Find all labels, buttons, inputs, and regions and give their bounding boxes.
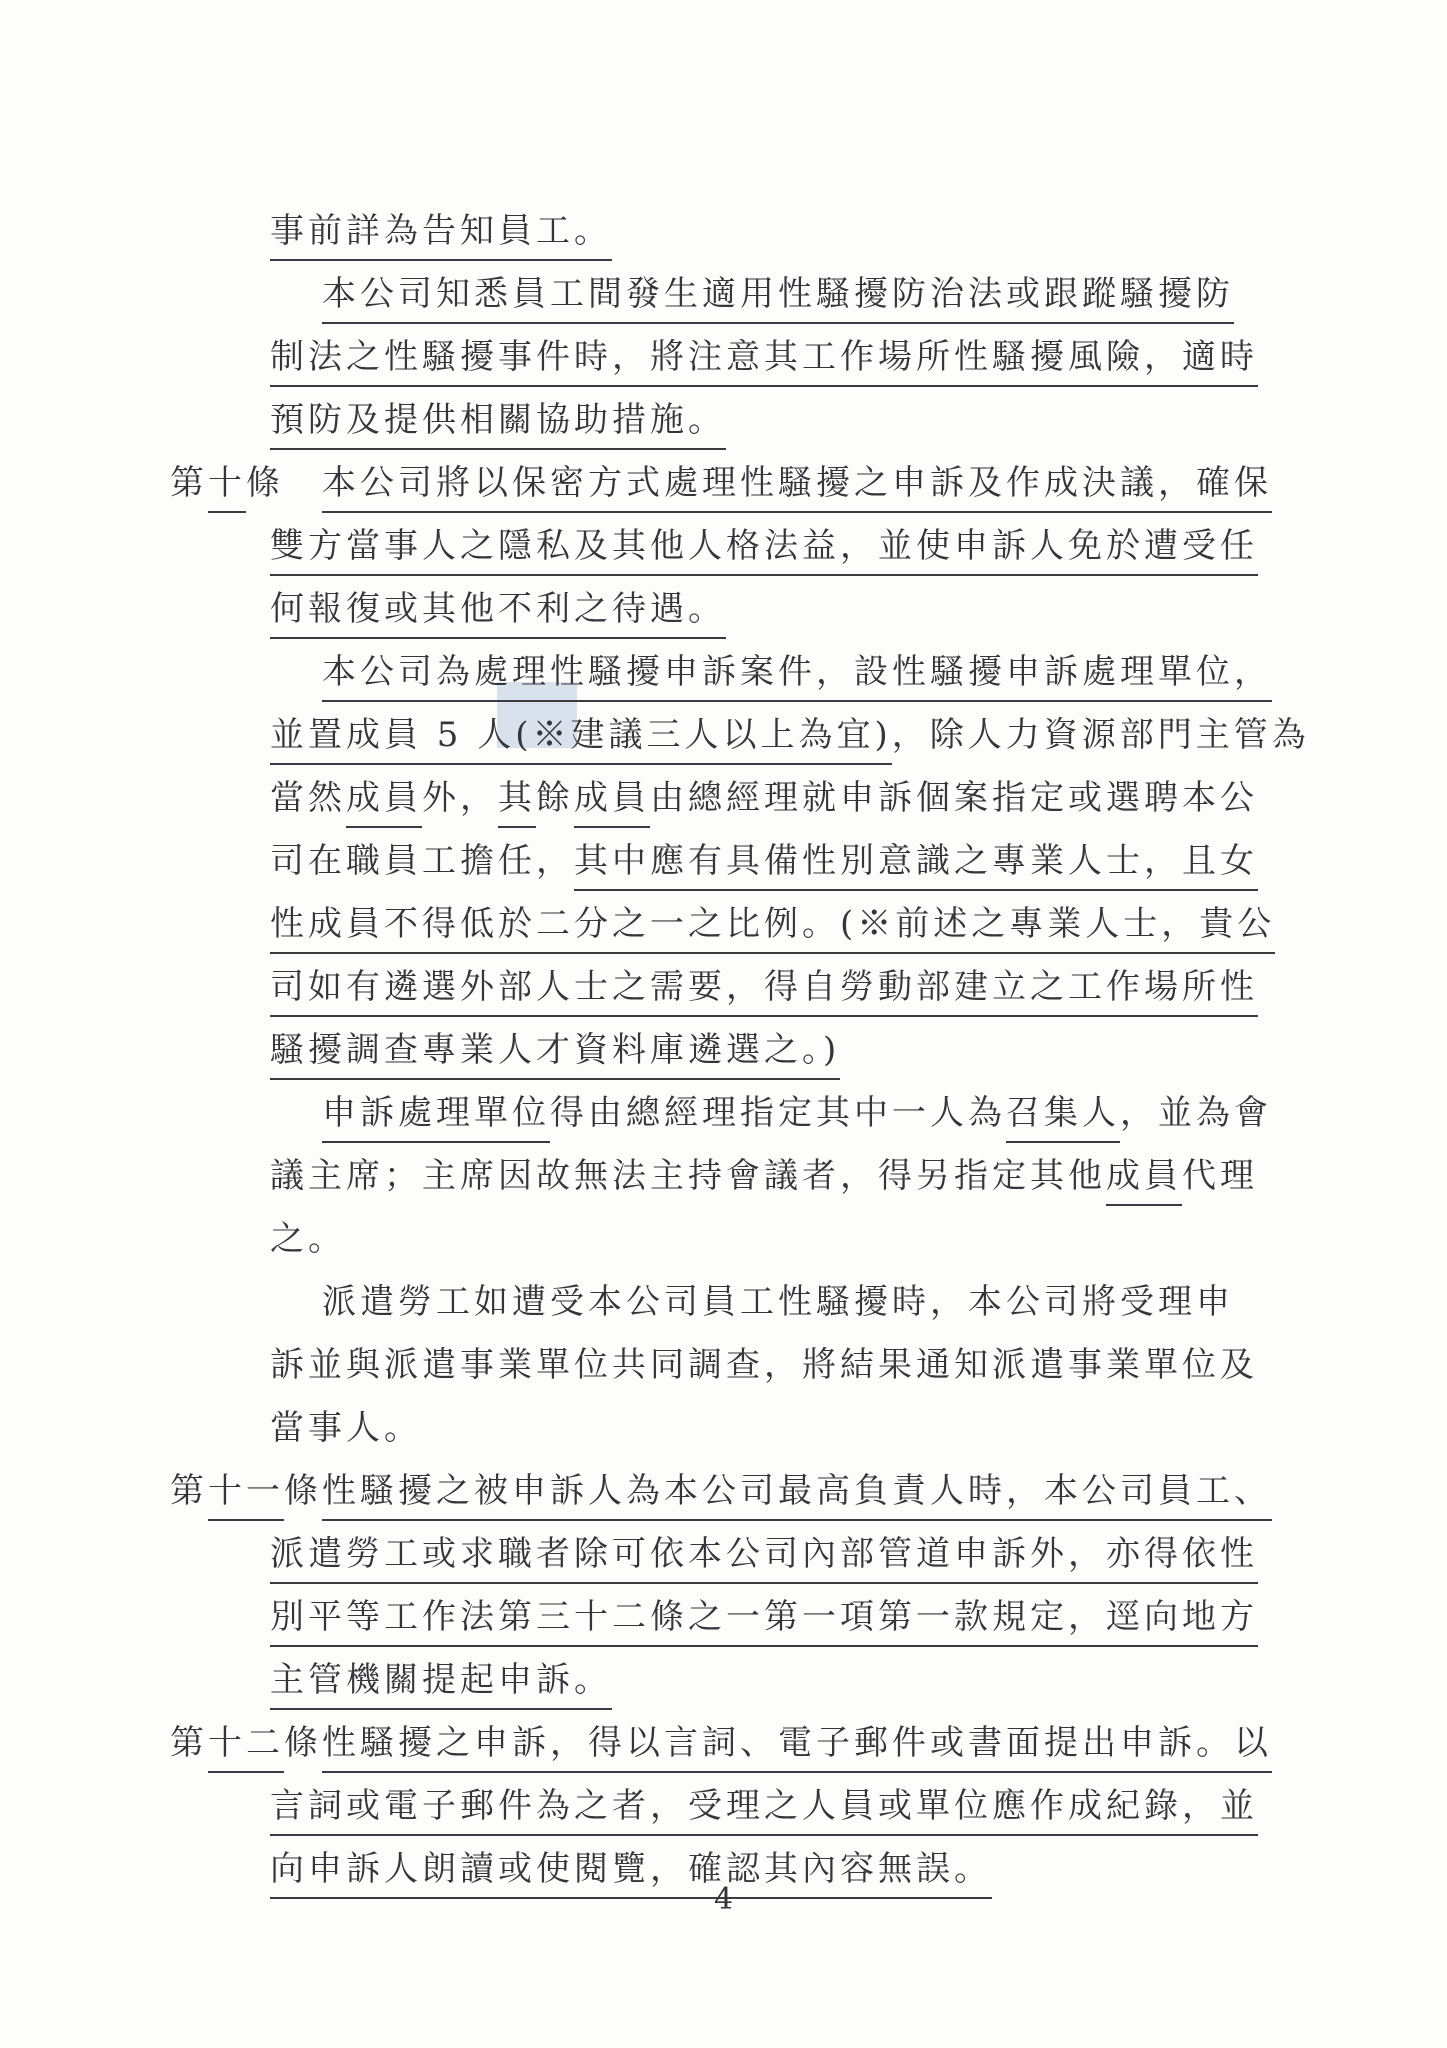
text-line: 第 十 條本公司將以保密方式處理性騷擾之申訴及作成決議，確保: [0, 462, 1447, 513]
underlined-text-segment: 言詞或電子郵件為之者，受理之人員或單位應作成紀錄，並: [270, 1785, 1258, 1836]
line-text: 雙方當事人之隱私及其他人格法益，並使申訴人免於遭受任: [270, 525, 1258, 576]
underlined-text-segment: 申訴處理單位: [322, 1092, 550, 1143]
underlined-text-segment: 十: [208, 462, 246, 513]
line-text: 本公司為處理性騷擾申訴案件，設性騷擾申訴處理單位，: [322, 651, 1272, 702]
text-line: 預防及提供相關協助措施。: [0, 399, 1447, 450]
underlined-text-segment: 本公司將以保密方式處理性騷擾之申訴及作成決議，確保: [322, 462, 1272, 513]
underlined-text-segment: 雙方當事人之隱私及其他人格法益，並使申訴人免於遭受任: [270, 525, 1258, 576]
text-segment: 餘: [536, 777, 574, 820]
article-number-label: 第十二條: [170, 1722, 322, 1773]
underlined-text-segment: 十一: [208, 1470, 284, 1521]
line-text: 司如有遴選外部人士之需要，得自勞動部建立之工作場所性: [270, 966, 1258, 1017]
text-line: 制法之性騷擾事件時，將注意其工作場所性騷擾風險，適時: [0, 336, 1447, 387]
text-segment: 得由總經理指定其中一人為: [550, 1092, 1006, 1135]
line-text: 別平等工作法第三十二條之一第一項第一款規定，逕向地方: [270, 1596, 1258, 1647]
text-line: 何報復或其他不利之待遇。: [0, 588, 1447, 639]
line-text: 當然成員外，其餘成員由總經理就申訴個案指定或選聘本公: [270, 777, 1258, 828]
underlined-text-segment: 預防及提供相關協助措施。: [270, 399, 726, 450]
text-line: 別平等工作法第三十二條之一第一項第一款規定，逕向地方: [0, 1596, 1447, 1647]
underlined-text-segment: 十二: [208, 1722, 284, 1773]
line-text: 事前詳為告知員工。: [270, 210, 612, 261]
text-line: 騷擾調查專業人才資料庫遴選之。): [0, 1029, 1447, 1080]
text-line: 當事人。: [0, 1407, 1447, 1450]
text-line: 性成員不得低於二分之一之比例。(※前述之專業人士，貴公: [0, 903, 1447, 954]
text-segment: 之。: [270, 1218, 346, 1261]
underlined-text-segment: 性騷擾之申訴，得以言詞、電子郵件或書面提出申訴。以: [322, 1722, 1272, 1773]
text-segment: 第: [170, 462, 208, 505]
underlined-text-segment: 性騷擾之被申訴人為本公司最高負責人時，本公司員工、: [322, 1470, 1272, 1521]
text-line: 第十二條性騷擾之申訴，得以言詞、電子郵件或書面提出申訴。以: [0, 1722, 1447, 1773]
text-segment: 條: [246, 462, 284, 505]
line-text: 本公司知悉員工間發生適用性騷擾防治法或跟蹤騷擾防: [322, 273, 1234, 324]
underlined-text-segment: 其: [498, 777, 536, 828]
underlined-text-segment: 本公司為處理性騷擾申訴案件，設性騷擾申訴處理單位，: [322, 651, 1272, 702]
text-segment: 派遣勞工如遭受本公司員工性騷擾時，本公司將受理申: [322, 1281, 1234, 1324]
text-line: 司如有遴選外部人士之需要，得自勞動部建立之工作場所性: [0, 966, 1447, 1017]
text-segment: 條: [284, 1722, 322, 1765]
line-text: 騷擾調查專業人才資料庫遴選之。): [270, 1029, 840, 1080]
underlined-text-segment: 本公司知悉員工間發生適用性騷擾防治法或跟蹤騷擾防: [322, 273, 1234, 324]
line-text: 司在職員工擔任，其中應有具備性別意識之專業人士，且女: [270, 840, 1258, 891]
text-line: 主管機關提起申訴。: [0, 1659, 1447, 1710]
article-number-label: 第十一條: [170, 1470, 322, 1521]
text-segment: 代理: [1182, 1155, 1258, 1198]
text-line: 申訴處理單位得由總經理指定其中一人為召集人，並為會: [0, 1092, 1447, 1143]
underlined-text-segment: 性成員不得低於二分之一之比例。(※前述之專業人士，貴公: [270, 903, 1275, 954]
text-line: 雙方當事人之隱私及其他人格法益，並使申訴人免於遭受任: [0, 525, 1447, 576]
text-line: 訴並與派遣事業單位共同調查，將結果通知派遣事業單位及: [0, 1344, 1447, 1387]
line-text: 性成員不得低於二分之一之比例。(※前述之專業人士，貴公: [270, 903, 1275, 954]
text-line: 派遣勞工如遭受本公司員工性騷擾時，本公司將受理申: [0, 1281, 1447, 1324]
underlined-text-segment: 別平等工作法第三十二條之一第一項第一款規定，逕向地方: [270, 1596, 1258, 1647]
underlined-text-segment: 並置成員 5 人(※建議三人以上為宜): [270, 714, 892, 765]
text-segment: 議主席；主席因故無法主持會議者，得另指定其他: [270, 1155, 1106, 1198]
text-segment: 訴並與派遣事業單位共同調查，將結果通知派遣事業單位及: [270, 1344, 1258, 1387]
text-line: 本公司知悉員工間發生適用性騷擾防治法或跟蹤騷擾防: [0, 273, 1447, 324]
line-text: 主管機關提起申訴。: [270, 1659, 612, 1710]
line-text: 預防及提供相關協助措施。: [270, 399, 726, 450]
underlined-text-segment: 制法之性騷擾事件時，將注意其工作場所性騷擾風險，適時: [270, 336, 1258, 387]
line-text: 之。: [270, 1218, 346, 1261]
line-text: 派遣勞工或求職者除可依本公司內部管道申訴外，亦得依性: [270, 1533, 1258, 1584]
text-line: 派遣勞工或求職者除可依本公司內部管道申訴外，亦得依性: [0, 1533, 1447, 1584]
underlined-text-segment: 派遣勞工或求職者除可依本公司內部管道申訴外，亦得依性: [270, 1533, 1258, 1584]
text-line: 之。: [0, 1218, 1447, 1261]
text-segment: 第: [170, 1722, 208, 1765]
text-line: 議主席；主席因故無法主持會議者，得另指定其他成員代理: [0, 1155, 1447, 1206]
underlined-text-segment: 其中應有具備性別意識之專業人士，且女: [574, 840, 1258, 891]
underlined-text-segment: 事前詳為告知員工。: [270, 210, 612, 261]
underlined-text-segment: 司如有遴選外部人士之需要，得自勞動部建立之工作場所性: [270, 966, 1258, 1017]
line-text: 本公司將以保密方式處理性騷擾之申訴及作成決議，確保: [322, 462, 1272, 513]
text-line: 第十一條性騷擾之被申訴人為本公司最高負責人時，本公司員工、: [0, 1470, 1447, 1521]
underlined-text-segment: 何報復或其他不利之待遇。: [270, 588, 726, 639]
underlined-text-segment: 召集人: [1006, 1092, 1120, 1143]
line-text: 性騷擾之申訴，得以言詞、電子郵件或書面提出申訴。以: [322, 1722, 1272, 1773]
line-text: 當事人。: [270, 1407, 422, 1450]
text-segment: 由總經理就申訴個案指定或選聘本公: [650, 777, 1258, 820]
text-line: 事前詳為告知員工。: [0, 210, 1447, 261]
text-line: 並置成員 5 人(※建議三人以上為宜)，除人力資源部門主管為: [0, 714, 1447, 765]
document-page: 事前詳為告知員工。本公司知悉員工間發生適用性騷擾防治法或跟蹤騷擾防制法之性騷擾事…: [0, 0, 1447, 2048]
line-text: 何報復或其他不利之待遇。: [270, 588, 726, 639]
line-text: 訴並與派遣事業單位共同調查，將結果通知派遣事業單位及: [270, 1344, 1258, 1387]
text-line: 言詞或電子郵件為之者，受理之人員或單位應作成紀錄，並: [0, 1785, 1447, 1836]
text-segment: 外，: [422, 777, 498, 820]
line-text: 言詞或電子郵件為之者，受理之人員或單位應作成紀錄，並: [270, 1785, 1258, 1836]
line-text: 並置成員 5 人(※建議三人以上為宜)，除人力資源部門主管為: [270, 714, 1310, 765]
text-segment: 當然: [270, 777, 346, 820]
article-number-label: 第 十 條: [170, 462, 284, 513]
line-text: 制法之性騷擾事件時，將注意其工作場所性騷擾風險，適時: [270, 336, 1258, 387]
text-segment: ，並為會: [1120, 1092, 1272, 1135]
line-text: 派遣勞工如遭受本公司員工性騷擾時，本公司將受理申: [322, 1281, 1234, 1324]
underlined-text-segment: 主管機關提起申訴。: [270, 1659, 612, 1710]
text-segment: 條: [284, 1470, 322, 1513]
text-segment: ，除人力資源部門主管為: [892, 714, 1310, 757]
text-segment: 司在職員工擔任，: [270, 840, 574, 883]
line-text: 性騷擾之被申訴人為本公司最高負責人時，本公司員工、: [322, 1470, 1272, 1521]
underlined-text-segment: 成員: [574, 777, 650, 828]
underlined-text-segment: 成員: [346, 777, 422, 828]
text-segment: 第: [170, 1470, 208, 1513]
line-text: 議主席；主席因故無法主持會議者，得另指定其他成員代理: [270, 1155, 1258, 1206]
underlined-text-segment: 成員: [1106, 1155, 1182, 1206]
text-line: 當然成員外，其餘成員由總經理就申訴個案指定或選聘本公: [0, 777, 1447, 828]
page-number: 4: [0, 1882, 1447, 1917]
line-text: 申訴處理單位得由總經理指定其中一人為召集人，並為會: [322, 1092, 1272, 1143]
text-segment: 當事人。: [270, 1407, 422, 1450]
underlined-text-segment: 騷擾調查專業人才資料庫遴選之。): [270, 1029, 840, 1080]
text-line: 司在職員工擔任，其中應有具備性別意識之專業人士，且女: [0, 840, 1447, 891]
text-line: 本公司為處理性騷擾申訴案件，設性騷擾申訴處理單位，: [0, 651, 1447, 702]
